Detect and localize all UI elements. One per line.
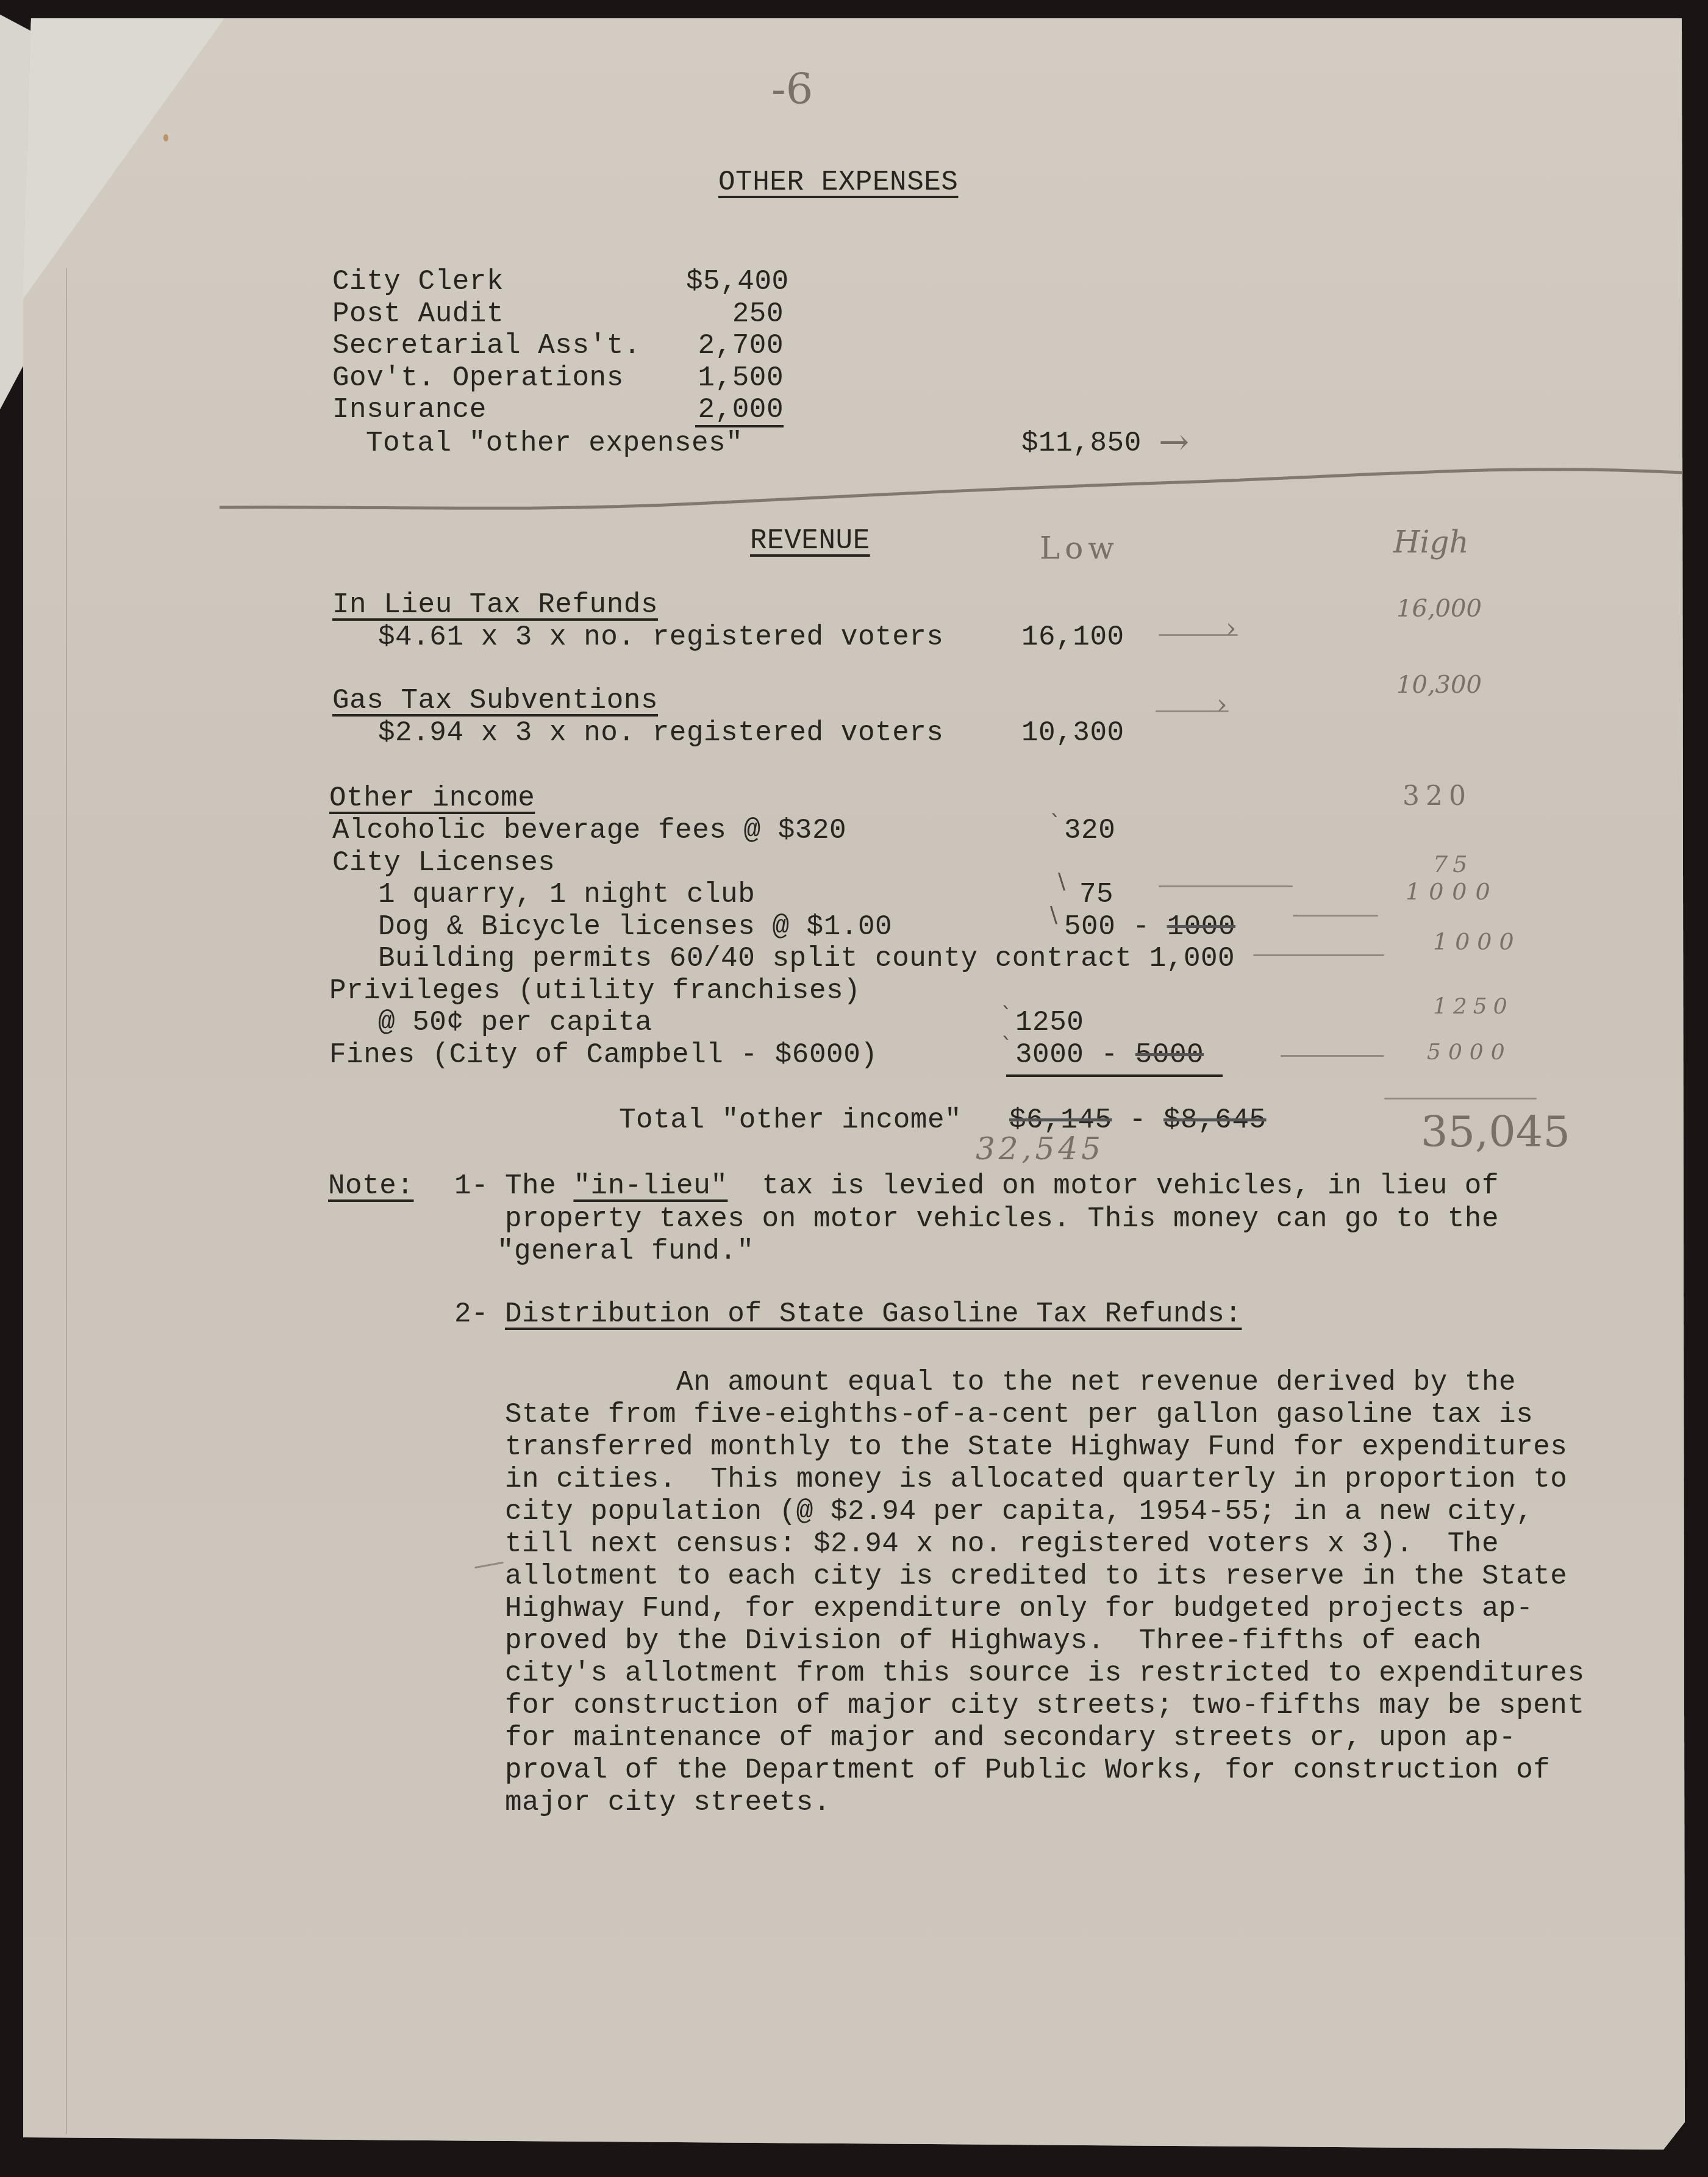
other-income-total-high-handwritten: 35,045 — [1421, 1107, 1570, 1157]
dog-bike-high: 1000 — [1406, 878, 1499, 905]
sum-rule — [1006, 1074, 1223, 1077]
expense-label: Post Audit — [332, 298, 504, 331]
quarry-low: 75 — [1079, 878, 1113, 911]
expense-label: Insurance — [332, 393, 487, 426]
dog-bike-label: Dog & Bicycle licenses @ $1.00 — [378, 910, 892, 943]
other-income-total-label: Total "other income" — [619, 1104, 962, 1137]
paragraph-line: State from five-eighths-of-a-cent per ga… — [505, 1398, 1533, 1431]
check-mark-icon: \ — [1050, 903, 1057, 928]
separator: - — [1084, 1039, 1135, 1071]
note1-text: The — [505, 1170, 573, 1202]
separator: - — [1112, 1104, 1163, 1136]
quarry-label: 1 quarry, 1 night club — [378, 878, 755, 911]
gas-tax-formula: $2.94 x 3 x no. registered voters — [378, 717, 943, 749]
other-income-total-low-handwritten: 32,545 — [976, 1131, 1104, 1167]
in-lieu-formula: $4.61 x 3 x no. registered voters — [378, 621, 943, 654]
in-lieu-term: "in-lieu" — [573, 1170, 727, 1202]
stain-mark — [163, 134, 168, 141]
dog-bike-struck: 1000 — [1167, 911, 1235, 943]
total-struck-high: $8,645 — [1163, 1104, 1267, 1136]
quarry-high: 75 — [1433, 851, 1472, 878]
note2-number: 2- — [454, 1298, 488, 1331]
dog-bike-values: 500 - 1000 — [1064, 910, 1235, 943]
paragraph-line: Highway Fund, for expenditure only for b… — [505, 1592, 1533, 1625]
paragraph-line: allotment to each city is credited to it… — [505, 1560, 1567, 1593]
low-column-header: Low — [1040, 531, 1119, 566]
gas-tax-low: 10,300 — [1021, 717, 1124, 749]
separator: - — [1115, 911, 1167, 943]
note2-title: Distribution of State Gasoline Tax Refun… — [505, 1298, 1242, 1331]
arrow-icon: › — [1226, 613, 1237, 644]
note1-line2: property taxes on motor vehicles. This m… — [505, 1203, 1499, 1235]
expense-amount: 2,000 — [686, 393, 784, 426]
paragraph-line: in cities. This money is allocated quart… — [505, 1463, 1567, 1496]
expense-label: Secretarial Ass't. — [332, 329, 641, 362]
city-licenses-label: City Licenses — [332, 846, 555, 879]
expense-label: Gov't. Operations — [332, 362, 624, 395]
other-income-title: Other income — [329, 782, 535, 815]
page-stack-edge — [66, 268, 66, 2134]
arrow-line — [1253, 954, 1384, 956]
fines-high: 5000 — [1427, 1040, 1512, 1065]
building-high: 1000 — [1433, 928, 1521, 955]
gas-tax-title: Gas Tax Subventions — [332, 684, 658, 717]
per-capita-high: 1250 — [1433, 994, 1513, 1019]
paragraph-line: proved by the Division of Highways. Thre… — [505, 1625, 1482, 1657]
pencil-sum-rule — [1384, 1098, 1537, 1099]
page-number: -6 — [771, 64, 813, 114]
per-capita-low: 1250 — [1015, 1006, 1084, 1039]
gas-tax-high: 10,300 — [1396, 671, 1482, 699]
note1-line1: The "in-lieu" tax is levied on motor veh… — [505, 1170, 1499, 1203]
per-capita-label: @ 50¢ per capita — [378, 1006, 652, 1039]
expense-label: City Clerk — [332, 265, 504, 298]
revenue-heading: REVENUE — [750, 524, 870, 557]
arrow-line — [1159, 885, 1293, 887]
note1-line3: "general fund." — [497, 1235, 754, 1268]
pencil-divider — [220, 451, 1683, 518]
expense-amount: 1,500 — [686, 362, 784, 395]
paragraph-line: city's allotment from this source is res… — [505, 1657, 1585, 1690]
arrow-line — [1281, 1055, 1384, 1057]
arrow-line — [1293, 915, 1378, 917]
fines-label: Fines (City of Campbell - $6000) — [329, 1038, 877, 1071]
alcohol-high: 320 — [1402, 781, 1472, 812]
check-mark-icon: ` — [1001, 1034, 1012, 1059]
arrow-icon: › — [1217, 689, 1227, 720]
in-lieu-title: In Lieu Tax Refunds — [332, 588, 658, 621]
paragraph-line: major city streets. — [505, 1786, 831, 1819]
alcohol-low: 320 — [1064, 814, 1115, 847]
alcohol-label: Alcoholic beverage fees @ $320 — [332, 814, 846, 847]
paragraph-line: till next census: $2.94 x no. registered… — [505, 1528, 1499, 1560]
paragraph-line: for construction of major city streets; … — [505, 1689, 1585, 1722]
other-expenses-heading: OTHER EXPENSES — [718, 166, 958, 199]
building-label: Building permits 60/40 split county cont… — [378, 942, 1235, 975]
dog-bike-low: 500 — [1064, 911, 1115, 943]
expense-amount: 250 — [686, 298, 784, 331]
privileges-label: Privileges (utility franchises) — [329, 974, 860, 1007]
check-mark-icon: ` — [1001, 1003, 1012, 1028]
check-mark-icon: \ — [1058, 869, 1065, 894]
expense-amount: 2,700 — [686, 329, 784, 362]
document-page — [23, 18, 1685, 2150]
in-lieu-high: 16,000 — [1396, 595, 1482, 623]
paragraph-line: transferred monthly to the State Highway… — [505, 1431, 1567, 1464]
expense-amount: $5,400 — [686, 265, 784, 298]
fines-struck: 5000 — [1135, 1039, 1204, 1071]
fines-low: 3000 — [1015, 1039, 1084, 1071]
note-label: Note: — [328, 1170, 414, 1203]
in-lieu-low: 16,100 — [1021, 621, 1124, 654]
folded-corner — [23, 18, 230, 305]
paragraph-line: An amount equal to the net revenue deriv… — [505, 1366, 1516, 1399]
paragraph-line: for maintenance of major and secondary s… — [505, 1721, 1516, 1754]
high-column-header: High — [1393, 524, 1469, 560]
paragraph-line: proval of the Department of Public Works… — [505, 1754, 1550, 1787]
check-mark-icon: ` — [1050, 811, 1061, 836]
note1-number: 1- — [454, 1170, 488, 1203]
note1-text: tax is levied on motor vehicles, in lieu… — [727, 1170, 1499, 1202]
fines-values: 3000 - 5000 — [1015, 1038, 1204, 1071]
paragraph-line: city population (@ $2.94 per capita, 195… — [505, 1495, 1533, 1528]
